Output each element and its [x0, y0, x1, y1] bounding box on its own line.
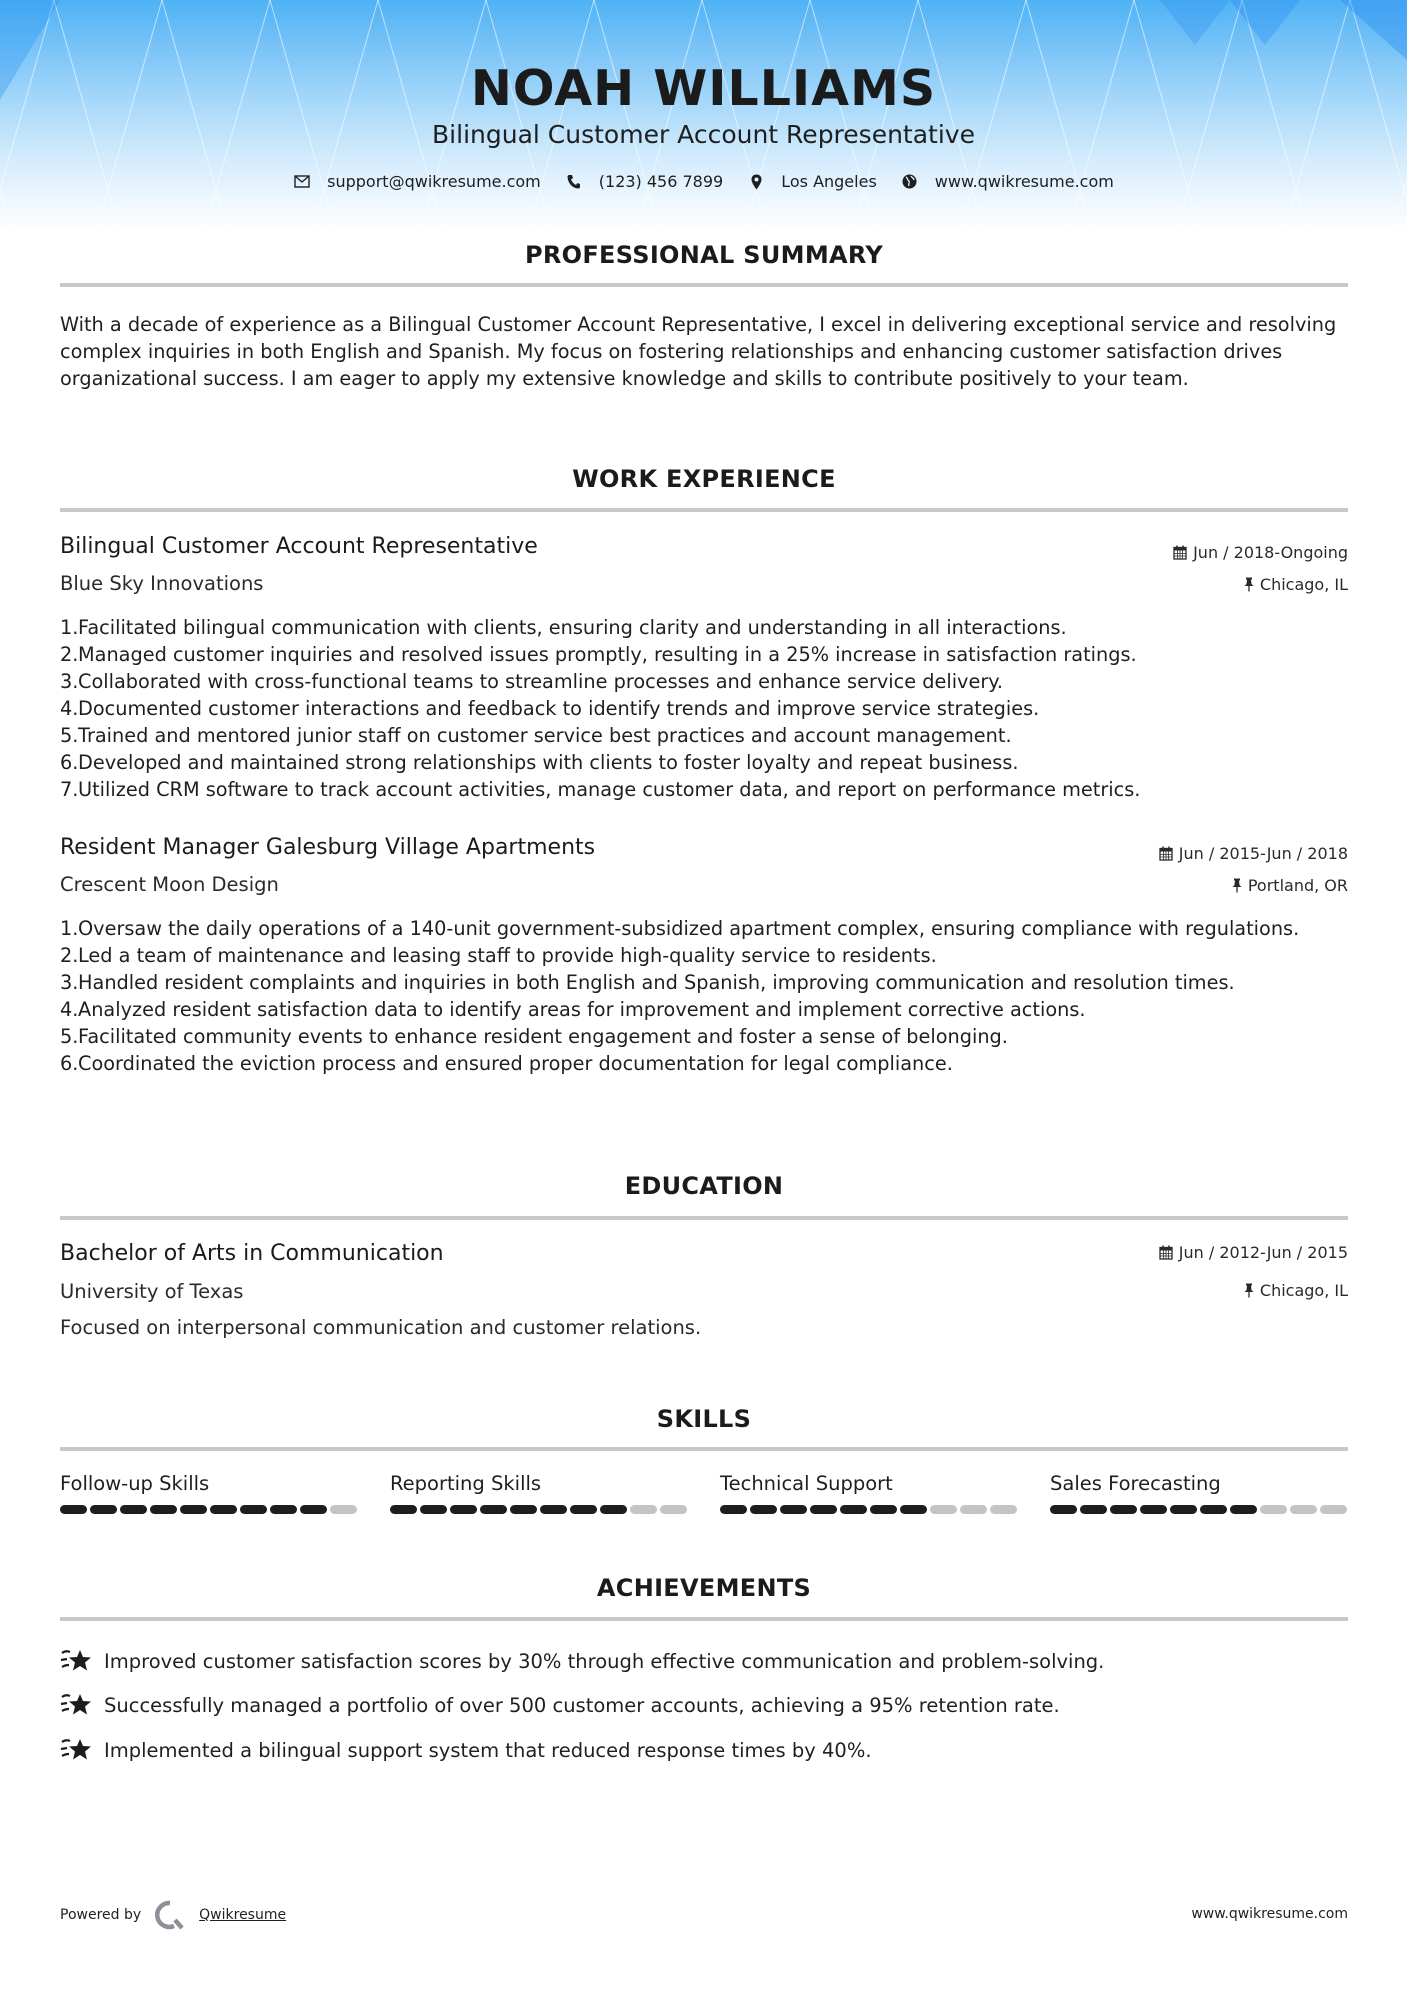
- summary-heading: PROFESSIONAL SUMMARY: [60, 241, 1348, 269]
- education-location: Chicago, IL: [1244, 1281, 1348, 1300]
- job-bullet-item: 2.Managed customer inquiries and resolve…: [60, 641, 1355, 668]
- skill-level-segment: [450, 1505, 477, 1514]
- skill-level-segment: [1320, 1505, 1347, 1514]
- skill-level-segment: [930, 1505, 957, 1514]
- achievement-text: Improved customer satisfaction scores by…: [104, 1650, 1104, 1673]
- pushpin-icon: [1244, 577, 1254, 592]
- skill-level-segment: [1230, 1505, 1257, 1514]
- bullet-text: Analyzed resident satisfaction data to i…: [78, 996, 1086, 1023]
- bullet-text: Documented customer interactions and fee…: [78, 695, 1039, 722]
- skill-level-segment: [720, 1505, 747, 1514]
- phone-icon: [565, 173, 583, 191]
- skill-item: Sales Forecasting: [1050, 1472, 1350, 1514]
- bullet-text: Facilitated bilingual communication with…: [78, 614, 1067, 641]
- job-bullet-item: 1.Facilitated bilingual communication wi…: [60, 614, 1355, 641]
- qwikresume-link[interactable]: Qwikresume: [199, 1907, 286, 1923]
- bullet-text: Developed and maintained strong relation…: [78, 749, 1019, 776]
- job-title: Bilingual Customer Account Representativ…: [60, 534, 538, 559]
- job-bullets: 1.Oversaw the daily operations of a 140-…: [60, 915, 1355, 1077]
- skill-name: Technical Support: [720, 1472, 1020, 1500]
- contact-bar: support@qwikresume.com (123) 456 7899 Lo…: [0, 172, 1407, 191]
- skill-level-segment: [270, 1505, 297, 1514]
- skill-level-segment: [540, 1505, 567, 1514]
- skill-level-segment: [120, 1505, 147, 1514]
- skill-level-segment: [840, 1505, 867, 1514]
- skill-level-segment: [210, 1505, 237, 1514]
- skill-level-segment: [750, 1505, 777, 1514]
- skills-heading: SKILLS: [60, 1405, 1348, 1433]
- skill-level-segment: [510, 1505, 537, 1514]
- location-text: Los Angeles: [781, 172, 877, 191]
- contact-location: Los Angeles: [747, 172, 877, 191]
- website-text: www.qwikresume.com: [935, 172, 1114, 191]
- bullet-text: Oversaw the daily operations of a 140-un…: [78, 915, 1299, 942]
- job-bullet-item: 2.Led a team of maintenance and leasing …: [60, 942, 1355, 969]
- skill-level-segment: [780, 1505, 807, 1514]
- skill-level-segment: [240, 1505, 267, 1514]
- achievement-item: Implemented a bilingual support system t…: [60, 1736, 872, 1764]
- job-title: Resident Manager Galesburg Village Apart…: [60, 835, 595, 860]
- bullet-text: Trained and mentored junior staff on cus…: [78, 722, 1012, 749]
- section-divider: [60, 283, 1348, 287]
- job-bullets: 1.Facilitated bilingual communication wi…: [60, 614, 1355, 803]
- job-dates: Jun / 2015-Jun / 2018: [1159, 844, 1348, 863]
- shooting-star-icon: [60, 1691, 96, 1719]
- bullet-number: 1.: [60, 915, 78, 942]
- candidate-name: NOAH WILLIAMS: [0, 60, 1407, 117]
- skill-level-segment: [150, 1505, 177, 1514]
- job-bullet-item: 7.Utilized CRM software to track account…: [60, 776, 1355, 803]
- job-location: Portland, OR: [1232, 876, 1348, 895]
- bullet-number: 3.: [60, 969, 78, 996]
- achievement-item: Improved customer satisfaction scores by…: [60, 1647, 1104, 1675]
- shooting-star-icon: [60, 1736, 96, 1764]
- bullet-number: 7.: [60, 776, 78, 803]
- job-bullet-item: 5.Facilitated community events to enhanc…: [60, 1023, 1355, 1050]
- job-bullet-item: 6.Coordinated the eviction process and e…: [60, 1050, 1355, 1077]
- skill-level-bar: [720, 1505, 1020, 1514]
- achievement-text: Successfully managed a portfolio of over…: [104, 1694, 1060, 1717]
- section-divider: [60, 1617, 1348, 1621]
- section-divider: [60, 508, 1348, 512]
- skill-level-segment: [870, 1505, 897, 1514]
- skill-level-segment: [1170, 1505, 1197, 1514]
- skill-level-segment: [900, 1505, 927, 1514]
- skill-level-segment: [1110, 1505, 1137, 1514]
- skill-level-segment: [1260, 1505, 1287, 1514]
- bullet-text: Handled resident complaints and inquirie…: [78, 969, 1235, 996]
- school-name: University of Texas: [60, 1280, 243, 1303]
- skill-name: Sales Forecasting: [1050, 1472, 1350, 1500]
- bullet-number: 6.: [60, 1050, 78, 1077]
- phone-text: (123) 456 7899: [599, 172, 723, 191]
- skill-level-segment: [660, 1505, 687, 1514]
- bullet-text: Utilized CRM software to track account a…: [78, 776, 1140, 803]
- candidate-title: Bilingual Customer Account Representativ…: [0, 120, 1407, 149]
- skill-level-segment: [810, 1505, 837, 1514]
- education-dates: Jun / 2012-Jun / 2015: [1159, 1243, 1348, 1262]
- bullet-number: 5.: [60, 722, 78, 749]
- skill-level-segment: [630, 1505, 657, 1514]
- job-bullet-item: 5.Trained and mentored junior staff on c…: [60, 722, 1355, 749]
- bullet-text: Facilitated community events to enhance …: [78, 1023, 1008, 1050]
- calendar-icon: [1159, 846, 1173, 861]
- achievement-text: Implemented a bilingual support system t…: [104, 1739, 872, 1762]
- skill-item: Reporting Skills: [390, 1472, 690, 1514]
- skill-level-segment: [570, 1505, 597, 1514]
- skill-level-segment: [1140, 1505, 1167, 1514]
- job-bullet-item: 4.Analyzed resident satisfaction data to…: [60, 996, 1355, 1023]
- section-divider: [60, 1216, 1348, 1220]
- map-marker-icon: [747, 173, 765, 191]
- job-bullet-item: 3.Collaborated with cross-functional tea…: [60, 668, 1355, 695]
- achievement-item: Successfully managed a portfolio of over…: [60, 1691, 1060, 1719]
- job-bullet-item: 4.Documented customer interactions and f…: [60, 695, 1355, 722]
- diamond-pattern-background: [0, 0, 1407, 235]
- resume-header: NOAH WILLIAMS Bilingual Customer Account…: [0, 0, 1407, 235]
- skill-name: Reporting Skills: [390, 1472, 690, 1500]
- education-description: Focused on interpersonal communication a…: [60, 1316, 701, 1339]
- envelope-icon: [293, 173, 311, 191]
- skill-level-segment: [390, 1505, 417, 1514]
- bullet-number: 6.: [60, 749, 78, 776]
- job-bullet-item: 1.Oversaw the daily operations of a 140-…: [60, 915, 1355, 942]
- bullet-number: 2.: [60, 942, 78, 969]
- skill-item: Technical Support: [720, 1472, 1020, 1514]
- bullet-text: Managed customer inquiries and resolved …: [78, 641, 1137, 668]
- bullet-text: Led a team of maintenance and leasing st…: [78, 942, 937, 969]
- skill-item: Follow-up Skills: [60, 1472, 360, 1514]
- globe-icon: [901, 173, 919, 191]
- bullet-text: Coordinated the eviction process and ens…: [78, 1050, 953, 1077]
- bullet-number: 1.: [60, 614, 78, 641]
- skill-level-segment: [60, 1505, 87, 1514]
- summary-text: With a decade of experience as a Bilingu…: [60, 311, 1350, 392]
- job-bullet-item: 6.Developed and maintained strong relati…: [60, 749, 1355, 776]
- job-location: Chicago, IL: [1244, 575, 1348, 594]
- skill-level-segment: [1050, 1505, 1077, 1514]
- bullet-text: Collaborated with cross-functional teams…: [78, 668, 1003, 695]
- powered-by-label: Powered by: [60, 1907, 141, 1923]
- contact-email[interactable]: support@qwikresume.com: [293, 172, 541, 191]
- company-name: Crescent Moon Design: [60, 873, 279, 896]
- calendar-icon: [1173, 545, 1187, 560]
- bullet-number: 3.: [60, 668, 78, 695]
- bullet-number: 4.: [60, 996, 78, 1023]
- skill-level-bar: [60, 1505, 360, 1514]
- pushpin-icon: [1244, 1283, 1254, 1298]
- skill-level-segment: [600, 1505, 627, 1514]
- skill-level-segment: [1080, 1505, 1107, 1514]
- skill-level-segment: [300, 1505, 327, 1514]
- skill-level-segment: [420, 1505, 447, 1514]
- qwikresume-logo-icon: [155, 1900, 185, 1930]
- skill-level-segment: [180, 1505, 207, 1514]
- contact-website[interactable]: www.qwikresume.com: [901, 172, 1114, 191]
- bullet-number: 5.: [60, 1023, 78, 1050]
- skill-level-segment: [330, 1505, 357, 1514]
- calendar-icon: [1159, 1245, 1173, 1260]
- email-text: support@qwikresume.com: [327, 172, 541, 191]
- skill-level-segment: [990, 1505, 1017, 1514]
- job-dates: Jun / 2018-Ongoing: [1173, 543, 1348, 562]
- achievements-heading: ACHIEVEMENTS: [60, 1574, 1348, 1602]
- footer-website: www.qwikresume.com: [1191, 1906, 1348, 1922]
- skill-level-segment: [960, 1505, 987, 1514]
- skill-level-bar: [1050, 1505, 1350, 1514]
- skill-level-segment: [1200, 1505, 1227, 1514]
- skill-level-segment: [480, 1505, 507, 1514]
- degree-title: Bachelor of Arts in Communication: [60, 1241, 444, 1266]
- skill-name: Follow-up Skills: [60, 1472, 360, 1500]
- bullet-number: 2.: [60, 641, 78, 668]
- skill-level-segment: [1290, 1505, 1317, 1514]
- skills-list: Follow-up SkillsReporting SkillsTechnica…: [60, 1472, 1350, 1514]
- job-bullet-item: 3.Handled resident complaints and inquir…: [60, 969, 1355, 996]
- bullet-number: 4.: [60, 695, 78, 722]
- contact-phone[interactable]: (123) 456 7899: [565, 172, 723, 191]
- pushpin-icon: [1232, 878, 1242, 893]
- company-name: Blue Sky Innovations: [60, 572, 263, 595]
- skill-level-segment: [90, 1505, 117, 1514]
- footer-powered-by: Powered by Qwikresume: [60, 1900, 286, 1930]
- section-divider: [60, 1447, 1348, 1451]
- experience-heading: WORK EXPERIENCE: [60, 465, 1348, 493]
- skill-level-bar: [390, 1505, 690, 1514]
- education-heading: EDUCATION: [60, 1172, 1348, 1200]
- shooting-star-icon: [60, 1647, 96, 1675]
